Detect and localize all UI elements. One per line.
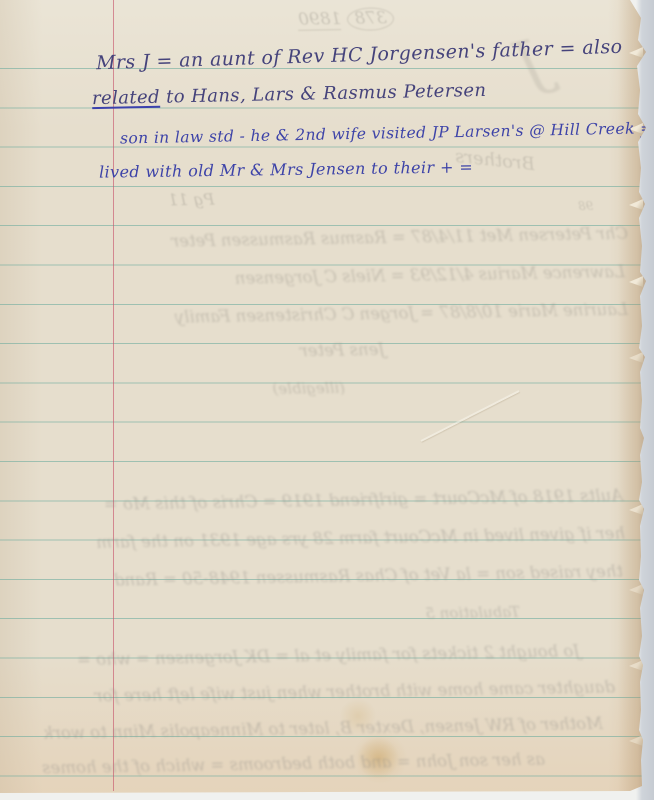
bleedthrough-note-row: Tabulation 5 xyxy=(390,603,520,623)
underlined-equals: = xyxy=(640,119,654,137)
underlined-word: related xyxy=(92,87,160,109)
bleedthrough-year: 1890 xyxy=(298,9,342,31)
notebook-paper: 3781890 J Brothers Pg 11 98 Chr Petersen… xyxy=(0,0,654,800)
bleedthrough-page-number: 3781890 xyxy=(283,7,409,32)
red-margin-line xyxy=(113,0,114,791)
bleedthrough-corner-mark: 98 xyxy=(578,199,594,213)
bleedthrough-page-number-circled: 378 xyxy=(347,7,394,31)
scanned-notebook-page: 3781890 J Brothers Pg 11 98 Chr Petersen… xyxy=(0,0,654,800)
bleedthrough-record-row: (illegible) xyxy=(195,379,345,400)
bleedthrough-record-row: Jens Peter xyxy=(255,340,385,361)
bleedthrough-pg-label: Pg 11 xyxy=(168,190,215,210)
